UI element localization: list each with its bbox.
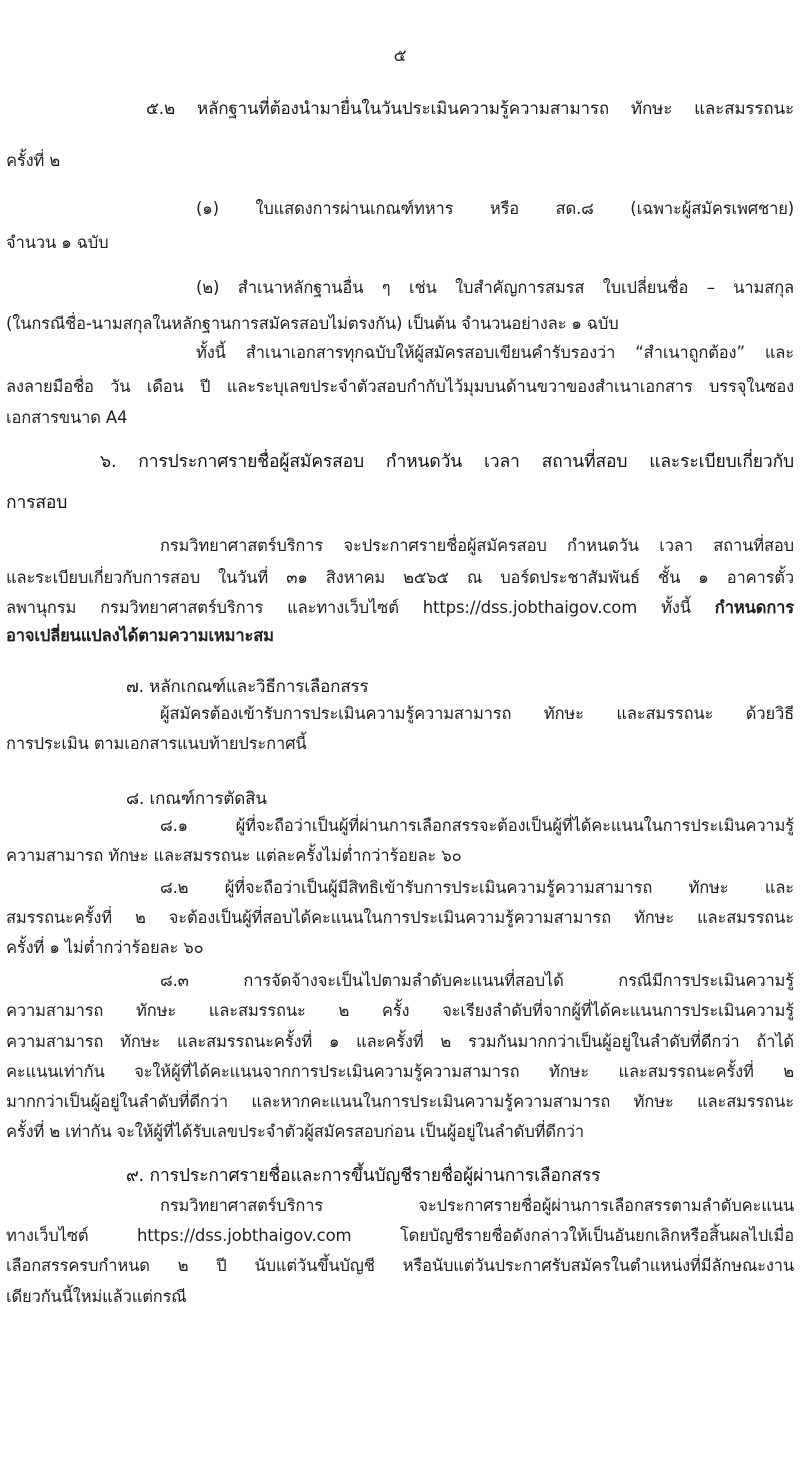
section-6-body-line-3-text: ลพานุกรม กรมวิทยาศาสตร์บริการ และทางเว็บ… (6, 598, 715, 617)
section-6-heading-line-1: ๖. การประกาศรายชื่อผู้สมัครสอบ กำหนดวัน … (100, 451, 794, 473)
section-7-body-line-2: การประเมิน ตามเอกสารแนบท้ายประกาศนี้ (6, 733, 794, 755)
section-5-2-item-2-line-1: (๒) สำเนาหลักฐานอื่น ๆ เช่น ใบสำคัญการสม… (196, 277, 794, 299)
section-6-schedule-notice: กำหนดการ (715, 598, 794, 617)
section-8-3-line-6: ครั้งที่ ๒ เท่ากัน จะให้ผู้ที่ได้รับเลขป… (6, 1121, 794, 1143)
section-6-heading-line-2: การสอบ (6, 492, 794, 514)
section-8-2-line-1: ๘.๒ ผู้ที่จะถือว่าเป็นผู้มีสิทธิเข้ารับก… (160, 877, 794, 899)
section-5-2-title-line-1: ๕.๒ หลักฐานที่ต้องนำมายื่นในวันประเมินคว… (146, 98, 794, 120)
section-8-3-line-5: มากกว่าเป็นผู้อยู่ในลำดับที่ดีกว่า และหา… (6, 1091, 794, 1113)
section-8-3-line-1: ๘.๓ การจัดจ้างจะเป็นไปตามลำดับคะแนนที่สอ… (160, 970, 794, 992)
section-8-2-line-3: ครั้งที่ ๑ ไม่ต่ำกว่าร้อยละ ๖๐ (6, 937, 794, 959)
section-9-body-line-1: กรมวิทยาศาสตร์บริการ จะประกาศรายชื่อผู้ผ… (160, 1195, 794, 1217)
section-8-3-line-4: คะแนนเท่ากัน จะให้ผู้ที่ได้คะแนนจากการปร… (6, 1061, 794, 1083)
section-5-2-note-line-2: ลงลายมือชื่อ วัน เดือน ปี และระบุเลขประจ… (6, 376, 794, 398)
page-number: ๕ (0, 42, 800, 69)
section-9-body-line-4: เดียวกันนี้ใหม่แล้วแต่กรณี (6, 1286, 794, 1308)
section-8-1-line-1: ๘.๑ ผู้ที่จะถือว่าเป็นผู้ที่ผ่านการเลือก… (160, 815, 794, 837)
section-7-body-line-1: ผู้สมัครต้องเข้ารับการประเมินความรู้ความ… (160, 703, 794, 725)
section-5-2-note-line-3: เอกสารขนาด A4 (6, 407, 794, 429)
section-5-2-title-line-2: ครั้งที่ ๒ (6, 150, 794, 172)
section-9-heading: ๙. การประกาศรายชื่อและการขึ้นบัญชีรายชื่… (126, 1165, 794, 1187)
section-5-2-item-1-line-1: (๑) ใบแสดงการผ่านเกณฑ์ทหาร หรือ สด.๘ (เฉ… (196, 198, 794, 220)
section-8-1-line-2: ความสามารถ ทักษะ และสมรรถนะ แต่ละครั้งไม… (6, 845, 794, 867)
section-6-body-line-3: ลพานุกรม กรมวิทยาศาสตร์บริการ และทางเว็บ… (6, 597, 794, 619)
section-5-2-note-line-1: ทั้งนี้ สำเนาเอกสารทุกฉบับให้ผู้สมัครสอบ… (196, 342, 794, 364)
document-page: ๕ ๕.๒ หลักฐานที่ต้องนำมายื่นในวันประเมิน… (0, 0, 800, 1484)
section-7-heading: ๗. หลักเกณฑ์และวิธีการเลือกสรร (126, 676, 794, 698)
section-8-2-line-2: สมรรถนะครั้งที่ ๒ จะต้องเป็นผู้ที่สอบได้… (6, 907, 794, 929)
section-8-3-line-2: ความสามารถ ทักษะ และสมรรถนะ ๒ ครั้ง จะเร… (6, 1000, 794, 1022)
section-6-body-line-2: และระเบียบเกี่ยวกับการสอบ ในวันที่ ๓๑ สิ… (6, 567, 794, 589)
section-5-2-item-2-line-2: (ในกรณีชื่อ-นามสกุลในหลักฐานการสมัครสอบไ… (6, 313, 794, 335)
section-6-body-line-1: กรมวิทยาศาสตร์บริการ จะประกาศรายชื่อผู้ส… (160, 535, 794, 557)
section-8-heading: ๘. เกณฑ์การตัดสิน (126, 788, 794, 810)
section-6-schedule-notice-cont: อาจเปลี่ยนแปลงได้ตามความเหมาะสม (6, 625, 794, 647)
section-9-body-line-2: ทางเว็บไซต์ https://dss.jobthaigov.com โ… (6, 1225, 794, 1247)
section-8-3-line-3: ความสามารถ ทักษะ และสมรรถนะครั้งที่ ๑ แล… (6, 1031, 794, 1053)
section-5-2-item-1-line-2: จำนวน ๑ ฉบับ (6, 232, 794, 254)
section-9-body-line-3: เลือกสรรครบกำหนด ๒ ปี นับแต่วันขึ้นบัญชี… (6, 1255, 794, 1277)
